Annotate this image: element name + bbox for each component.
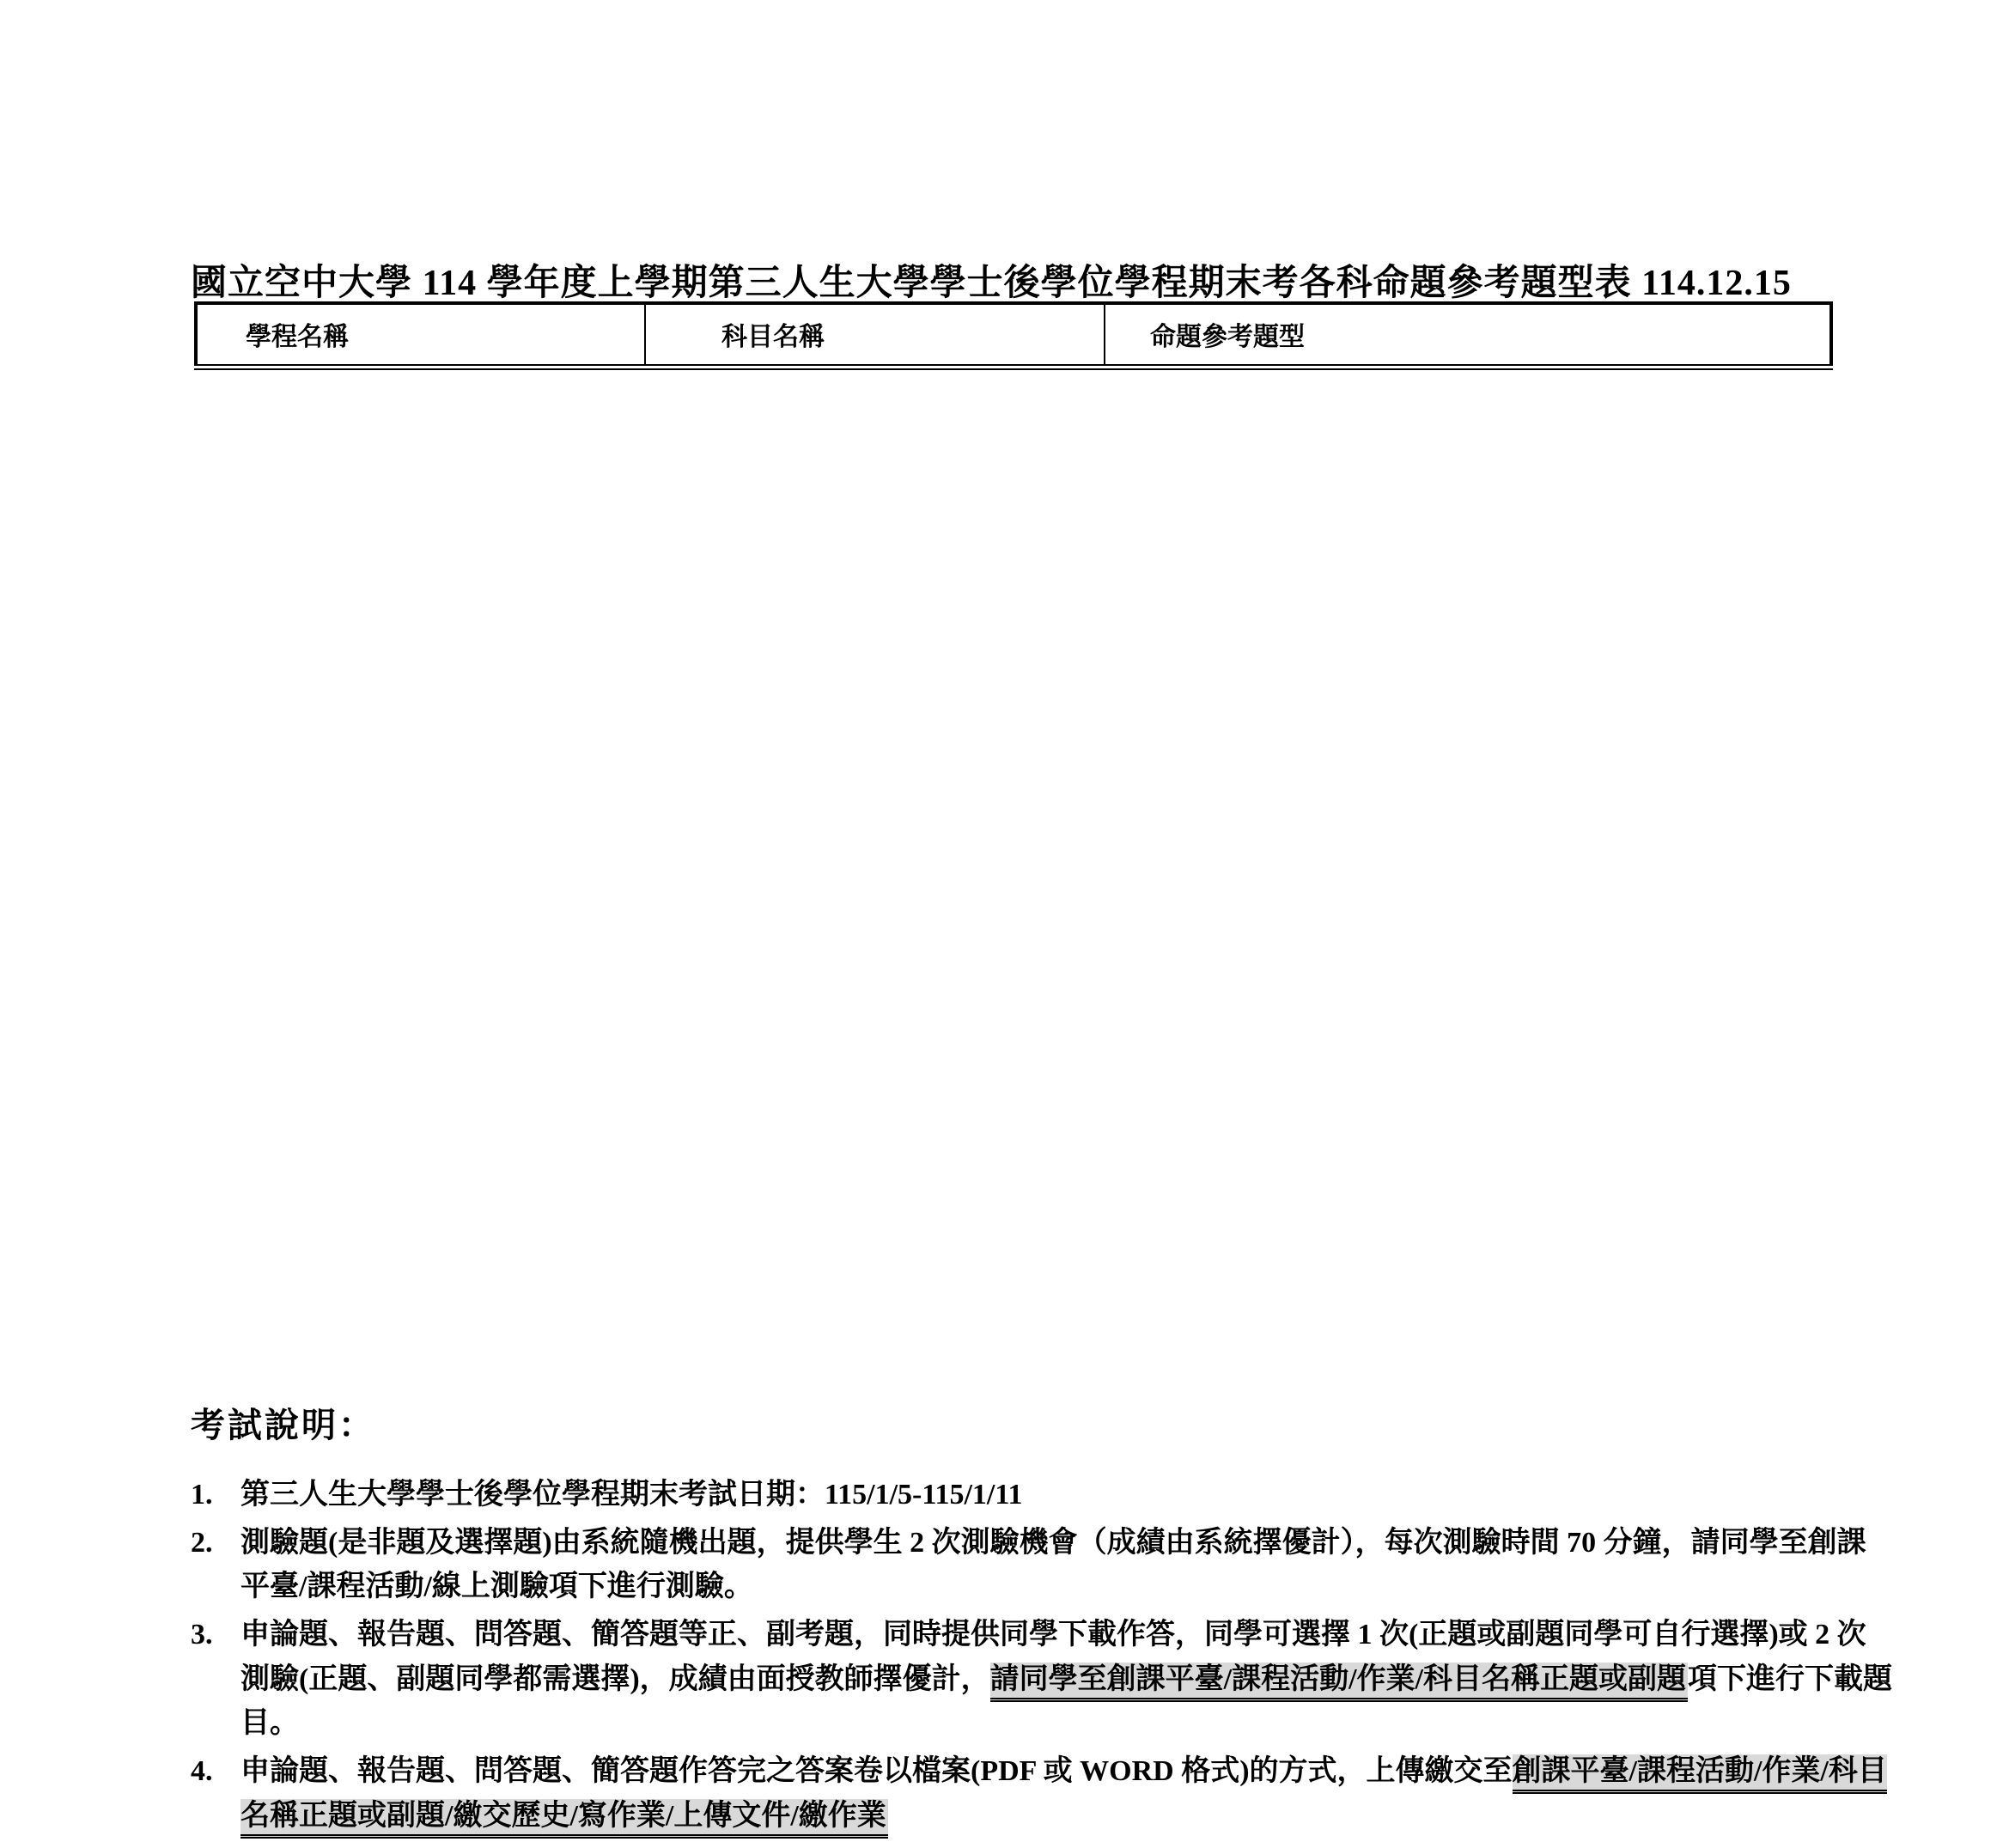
note-number: 3. <box>191 1613 240 1746</box>
page: { "title": "國立空中大學 114 學年度上學期第三人生大學學士後學位… <box>0 0 2009 1848</box>
note-number: 4. <box>191 1749 240 1838</box>
note-item-1: 1.第三人生大學學士後學位學程期末考試日期：115/1/5-115/1/11 <box>191 1473 1893 1517</box>
highlighted-path-text: 請同學至創課平臺/課程活動/作業/科目名稱正題或副題 <box>990 1663 1688 1702</box>
note-item-2: 2.測驗題(是非題及選擇題)由系統隨機出題，提供學生 2 次測驗機會（成績由系統… <box>191 1521 1893 1609</box>
header-row: 學程名稱科目名稱命題參考題型 <box>196 303 1831 367</box>
column-header: 科目名稱 <box>645 303 1105 367</box>
note-text-segment: 申論題、報告題、問答題、簡答題作答完之答案卷以檔案(PDF 或 WORD 格式)… <box>240 1755 1513 1787</box>
note-text: 申論題、報告題、問答題、簡答題作答完之答案卷以檔案(PDF 或 WORD 格式)… <box>240 1749 1893 1838</box>
exam-notes-section: 考試說明： 1.第三人生大學學士後學位學程期末考試日期：115/1/5-115/… <box>191 1398 1893 1841</box>
document-title: 國立空中大學 114 學年度上學期第三人生大學學士後學位學程期末考各科命題參考題… <box>191 254 1792 306</box>
note-text: 測驗題(是非題及選擇題)由系統隨機出題，提供學生 2 次測驗機會（成績由系統擇優… <box>240 1521 1893 1609</box>
column-header: 命題參考題型 <box>1105 303 1831 367</box>
exam-tables: 學程名稱科目名稱命題參考題型 <box>194 301 1833 386</box>
note-number: 1. <box>191 1473 240 1517</box>
note-number: 2. <box>191 1521 240 1609</box>
note-text: 第三人生大學學士後學位學程期末考試日期：115/1/5-115/1/11 <box>240 1473 1893 1517</box>
notes-heading: 考試說明： <box>191 1398 1893 1447</box>
note-text: 申論題、報告題、問答題、簡答題等正、副考題，同時提供同學下載作答，同學可選擇 1… <box>240 1613 1893 1746</box>
note-item-4: 4.申論題、報告題、問答題、簡答題作答完之答案卷以檔案(PDF 或 WORD 格… <box>191 1749 1893 1838</box>
notes-list: 1.第三人生大學學士後學位學程期末考試日期：115/1/5-115/1/112.… <box>191 1473 1893 1838</box>
column-header: 學程名稱 <box>196 303 645 367</box>
exam-table-1: 學程名稱科目名稱命題參考題型 <box>194 301 1833 370</box>
note-text-segment: 測驗題(是非題及選擇題)由系統隨機出題，提供學生 2 次測驗機會（成績由系統擇優… <box>240 1527 1866 1603</box>
note-text-segment: 第三人生大學學士後學位學程期末考試日期：115/1/5-115/1/11 <box>240 1479 1022 1511</box>
note-item-3: 3.申論題、報告題、問答題、簡答題等正、副考題，同時提供同學下載作答，同學可選擇… <box>191 1613 1893 1746</box>
